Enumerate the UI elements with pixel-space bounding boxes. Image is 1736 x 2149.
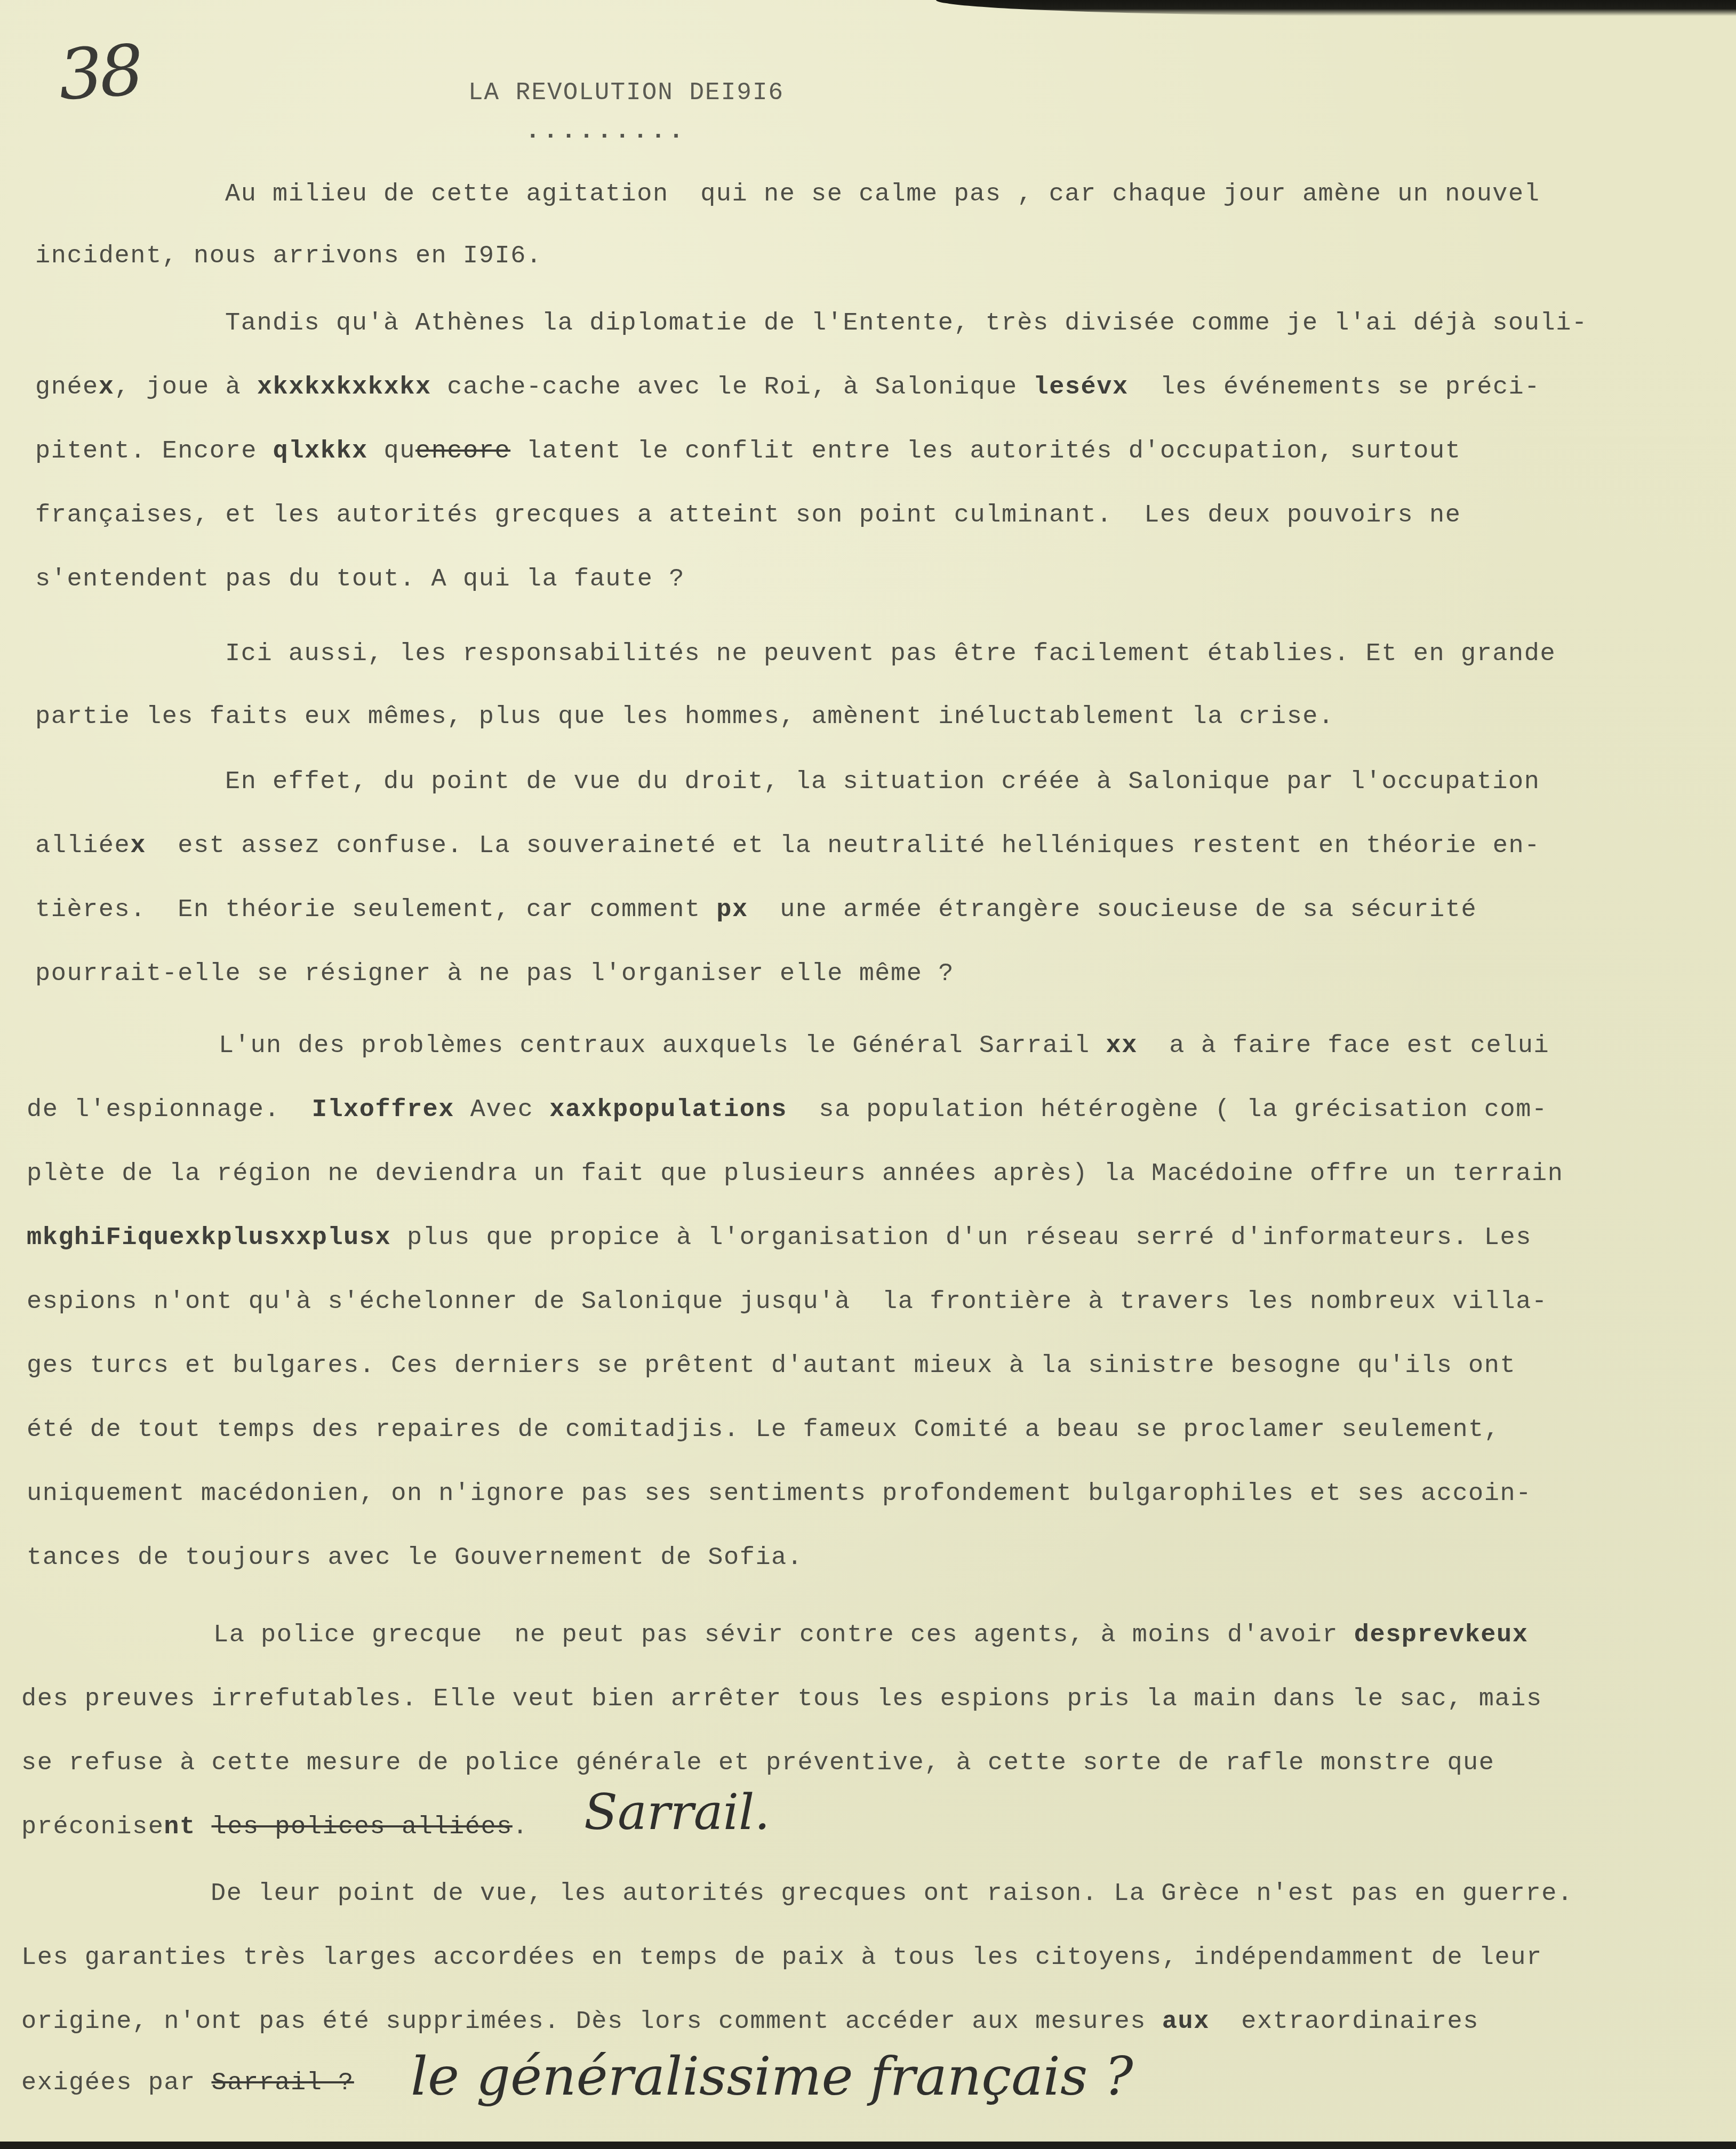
text-line-with-corrections: de l'espionnage. Ilxoffrex Avec xaxkpopu…: [27, 1096, 1548, 1124]
text-line: pourrait-elle se résigner à ne pas l'org…: [35, 960, 954, 988]
overtyped-text: desprevkeux: [1354, 1621, 1529, 1649]
text-line: De leur point de vue, les autorités grec…: [211, 1880, 1573, 1908]
struck-through-text: encore: [415, 437, 510, 466]
text: est assez confuse. La souveraineté et la…: [146, 832, 1540, 860]
text-line: tances de toujours avec le Gouvernement …: [27, 1544, 803, 1572]
text-line: françaises, et les autorités grecques a …: [35, 501, 1461, 530]
text: exigées par: [21, 2069, 211, 2097]
text: La police grecque ne peut pas sévir cont…: [213, 1621, 1354, 1649]
text: gnée: [35, 373, 99, 402]
handwritten-insertion: le généralissime français ?: [411, 2045, 1133, 2107]
struck-through-text: les polices alliées: [211, 1813, 512, 1841]
text: une armée étrangère soucieuse de sa sécu…: [748, 896, 1477, 924]
text: les événements se préci-: [1129, 373, 1540, 402]
text-line: incident, nous arrivons en I9I6.: [35, 242, 542, 270]
page-number-handwritten: 38: [56, 29, 143, 116]
overtyped-text: x: [130, 832, 146, 860]
overtyped-text: mkghiFiquexkplusxxplusx: [27, 1224, 391, 1252]
text-line: Au milieu de cette agitation qui ne se c…: [225, 180, 1540, 209]
text-line: été de tout temps des repaires de comita…: [27, 1416, 1500, 1444]
scan-edge-shadow: [936, 0, 1736, 16]
text-line: ges turcs et bulgares. Ces derniers se p…: [27, 1352, 1516, 1380]
scanned-page: 38 LA REVOLUTION DEI9I6 ......... Au mil…: [0, 0, 1736, 2149]
text-line: Ici aussi, les responsabilités ne peuven…: [225, 640, 1556, 668]
overtyped-text: xx: [1106, 1032, 1137, 1060]
text: de l'espionnage.: [27, 1096, 312, 1124]
text: latent le conflit entre les autorités d'…: [510, 437, 1461, 466]
text-line: espions n'ont qu'à s'échelonner de Salon…: [27, 1288, 1548, 1316]
text: a à faire face est celui: [1138, 1032, 1549, 1060]
overtyped-text: px: [716, 896, 748, 924]
text-line: Les garanties très larges accordées en t…: [21, 1944, 1542, 1972]
struck-through-text: Sarrail ?: [211, 2069, 354, 2097]
text: alliée: [35, 832, 130, 860]
overtyped-text: qlxkkx: [273, 437, 368, 466]
scan-edge-shadow: [0, 2142, 1736, 2149]
chapter-title: LA REVOLUTION DEI9I6: [468, 79, 784, 107]
text-line: Tandis qu'à Athènes la diplomatie de l'E…: [225, 309, 1588, 338]
text: , joue à: [115, 373, 257, 402]
text: extraordinaires: [1210, 2008, 1479, 2036]
text-line-with-corrections: gnéex, joue à xkxkxkxkxkx cache-cache av…: [35, 373, 1540, 402]
text-line: En effet, du point de vue du droit, la s…: [225, 768, 1540, 796]
overtyped-text: nt: [164, 1813, 195, 1841]
text-line: s'entendent pas du tout. A qui la faute …: [35, 565, 685, 594]
overtyped-text: xaxkpopulations: [549, 1096, 787, 1124]
text-line-with-corrections: tières. En théorie seulement, car commen…: [35, 896, 1477, 924]
text: .: [513, 1813, 529, 1841]
text: L'un des problèmes centraux auxquels le …: [219, 1032, 1106, 1060]
text-line: plète de la région ne deviendra un fait …: [27, 1160, 1563, 1188]
overtyped-text: Ilxoffrex: [312, 1096, 454, 1124]
text-line-with-corrections: pitent. Encore qlxkkx quencore latent le…: [35, 437, 1461, 466]
overtyped-text: xkxkxkxkxkx: [257, 373, 431, 402]
overtyped-text: x: [99, 373, 115, 402]
text-line-with-corrections: La police grecque ne peut pas sévir cont…: [213, 1621, 1529, 1649]
text: origine, n'ont pas été supprimées. Dès l…: [21, 2008, 1162, 2036]
text: Avec: [454, 1096, 549, 1124]
text-line-with-corrections: L'un des problèmes centraux auxquels le …: [219, 1032, 1549, 1060]
text: préconise: [21, 1813, 164, 1841]
text-line: se refuse à cette mesure de police génér…: [21, 1749, 1495, 1777]
text: cache-cache avec le Roi, à Salonique: [431, 373, 1034, 402]
text: qu: [368, 437, 415, 466]
text-line-with-corrections: alliéex est assez confuse. La souveraine…: [35, 832, 1540, 860]
title-ornament: .........: [525, 117, 686, 145]
text: sa population hétérogène ( la grécisatio…: [787, 1096, 1548, 1124]
text: pitent. Encore: [35, 437, 273, 466]
text-line: des preuves irrefutables. Elle veut bien…: [21, 1685, 1542, 1713]
text: [196, 1813, 212, 1841]
text-line-with-corrections: mkghiFiquexkplusxxplusx plus que propice…: [27, 1224, 1532, 1252]
text-line: uniquement macédonien, on n'ignore pas s…: [27, 1480, 1532, 1508]
text-line-with-corrections: origine, n'ont pas été supprimées. Dès l…: [21, 2008, 1479, 2036]
overtyped-text: aux: [1162, 2008, 1210, 2036]
text: tières. En théorie seulement, car commen…: [35, 896, 716, 924]
handwritten-insertion: Sarrail.: [584, 1784, 770, 1841]
text-line: partie les faits eux mêmes, plus que les…: [35, 703, 1334, 731]
text-line-with-corrections: exigées par Sarrail ?: [21, 2069, 354, 2097]
overtyped-text: lesévx: [1033, 373, 1128, 402]
text: plus que propice à l'organisation d'un r…: [391, 1224, 1532, 1252]
text-line-with-corrections: préconisent les polices alliées.: [21, 1813, 529, 1841]
